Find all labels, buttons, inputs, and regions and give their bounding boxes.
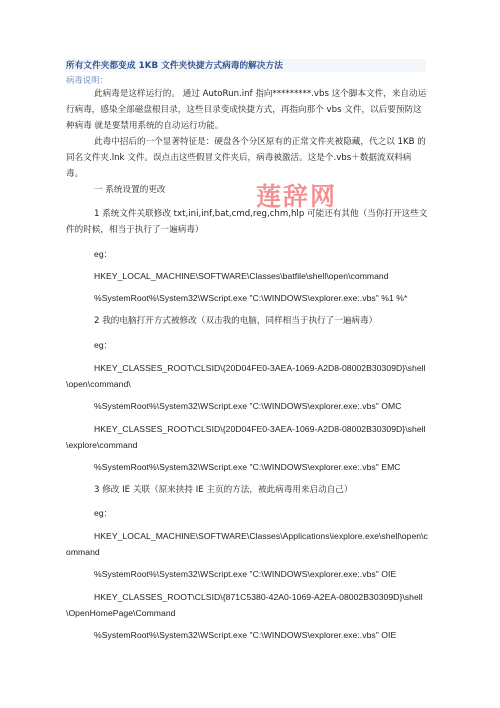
section-subtitle: 病毒说明： <box>66 74 108 86</box>
document-title: 所有文件夹都变成 1KB 文件夹快捷方式病毒的解决方法 <box>66 59 283 71</box>
paragraph-eg: eg： <box>66 246 428 262</box>
paragraph-intro: 此病毒是这样运行的。 通过 AutoRun.inf 指向*********.vb… <box>66 86 428 134</box>
registry-value: %SystemRoot%\System32\WScript.exe "C:\WI… <box>66 627 428 643</box>
registry-value: %SystemRoot%\System32\WScript.exe "C:\WI… <box>66 459 428 475</box>
registry-key: HKEY_CLASSES_ROOT\CLSID\{20D04FE0-3AEA-1… <box>66 421 428 453</box>
paragraph-symptoms: 此毒中招后的一个显著特征是：硬盘各个分区原有的正常文件夹被隐藏，代之以 1KB … <box>66 134 428 182</box>
paragraph-eg: eg： <box>66 505 428 521</box>
registry-key: HKEY_CLASSES_ROOT\CLSID\{20D04FE0-3AEA-1… <box>66 360 428 392</box>
registry-key: HKEY_CLASSES_ROOT\CLSID\{871C5380-42A0-1… <box>66 589 428 621</box>
paragraph-item-1: 1 系统文件关联修改 txt,ini,inf,bat,cmd,reg,chm,h… <box>66 206 428 238</box>
section-heading: 一 系统设置的更改 <box>66 182 428 198</box>
paragraph-item-2: 2 我的电脑打开方式被修改（双击我的电脑，同样相当于执行了一遍病毒） <box>66 313 428 329</box>
watermark-logo: 莲辞网 <box>256 177 337 213</box>
paragraph-item-3: 3 修改 IE 关联（原来挟持 IE 主页的方法，被此病毒用来启动自己） <box>66 482 428 498</box>
registry-value: %SystemRoot%\System32\WScript.exe "C:\WI… <box>66 398 428 414</box>
registry-key: HKEY_LOCAL_MACHINE\SOFTWARE\Classes\Appl… <box>66 528 428 560</box>
registry-value: %SystemRoot%\System32\WScript.exe "C:\WI… <box>66 290 428 306</box>
paragraph-eg: eg： <box>66 337 428 353</box>
registry-key: HKEY_LOCAL_MACHINE\SOFTWARE\Classes\batf… <box>66 268 428 284</box>
registry-value: %SystemRoot%\System32\WScript.exe "C:\WI… <box>66 566 428 582</box>
document-page: 所有文件夹都变成 1KB 文件夹快捷方式病毒的解决方法 病毒说明： 此病毒是这样… <box>0 0 500 708</box>
